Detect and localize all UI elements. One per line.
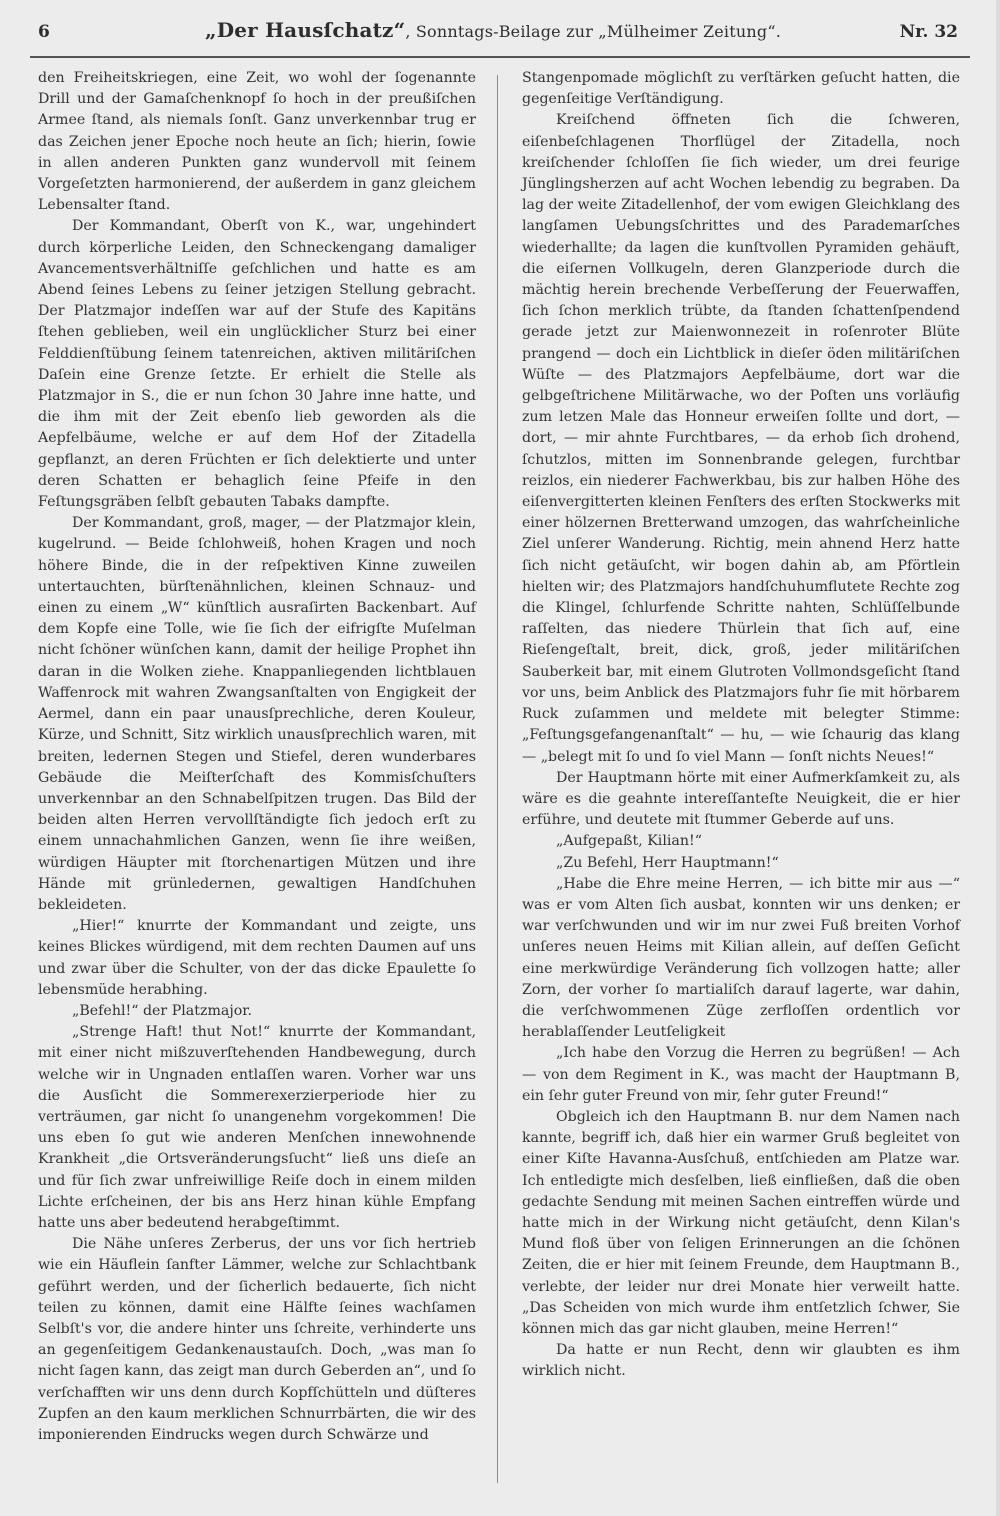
paragraph: Der Kommandant, Oberſt von K., war, unge… — [38, 216, 476, 513]
supplement-line: , Sonntags-Beilage zur „Mülheimer Zeitun… — [405, 22, 781, 41]
column-divider — [497, 75, 498, 1483]
paragraph: Obgleich ich den Hauptmann B. nur dem Na… — [522, 1107, 960, 1340]
paragraph: Der Hauptmann hörte mit einer Aufmerkſam… — [522, 768, 960, 832]
paragraph: Der Kommandant, groß, mager, — der Platz… — [38, 513, 476, 916]
column-left: den Freiheitskriegen, eine Zeit, wo wohl… — [38, 68, 476, 1446]
page-number: 6 — [38, 22, 98, 42]
paragraph: den Freiheitskriegen, eine Zeit, wo wohl… — [38, 68, 476, 216]
page-edge — [996, 0, 1000, 1516]
header-rule — [30, 56, 970, 58]
issue-number: Nr. 32 — [888, 22, 958, 42]
paragraph: „Aufgepaßt, Kilian!“ — [522, 831, 960, 852]
newspaper-title: „Der Hausſchatz“ — [205, 18, 405, 42]
paragraph: „Ich habe den Vorzug die Herren zu begrü… — [522, 1043, 960, 1107]
paragraph: „Strenge Haft! thut Not!“ knurrte der Ko… — [38, 1022, 476, 1234]
column-right: Stangenpomade möglichſt zu verſtärken ge… — [522, 68, 960, 1383]
newspaper-page: 6 „Der Hausſchatz“, Sonntags-Beilage zur… — [0, 0, 1000, 1516]
paragraph: Kreiſchend öffneten ſich die ſchweren, e… — [522, 110, 960, 767]
paragraph: „Zu Befehl, Herr Hauptmann!“ — [522, 853, 960, 874]
paragraph: Die Nähe unſeres Zerberus, der uns vor ſ… — [38, 1234, 476, 1446]
masthead: „Der Hausſchatz“, Sonntags-Beilage zur „… — [98, 18, 888, 42]
paragraph: „Hier!“ knurrte der Kommandant und zeigt… — [38, 916, 476, 1001]
paragraph: Stangenpomade möglichſt zu verſtärken ge… — [522, 68, 960, 110]
paragraph: „Befehl!“ der Platzmajor. — [38, 1001, 476, 1022]
paragraph: „Habe die Ehre meine Herren, — ich bitte… — [522, 874, 960, 1044]
page-header: 6 „Der Hausſchatz“, Sonntags-Beilage zur… — [38, 18, 958, 48]
paragraph: Da hatte er nun Recht, denn wir glaubten… — [522, 1340, 960, 1382]
